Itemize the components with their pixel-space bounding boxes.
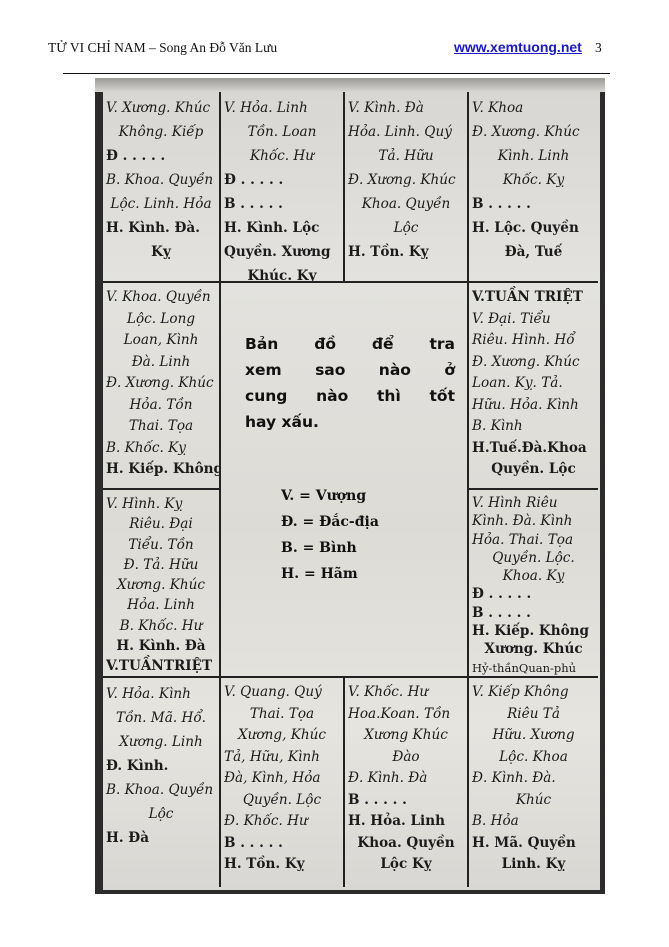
cell-line: Khốc. Hư: [224, 144, 340, 168]
website-link[interactable]: www.xemtuong.net: [454, 39, 582, 55]
cell-line: Kỵ: [106, 240, 216, 264]
cell-line: Đ. Tả. Hữu: [106, 555, 216, 575]
cell-line: Đ . . . . .: [472, 585, 595, 603]
abbreviation-legend: V. = Vượng Đ. = Đắc-địa B. = Bình H. = H…: [281, 483, 379, 587]
cell-line: Đà, Tuế: [472, 240, 595, 264]
heading-line: xem sao nào ở: [245, 357, 455, 383]
cell-line: V. Đại. Tiểu: [472, 309, 595, 331]
cell-line: Khúc. Kỵ: [224, 264, 340, 283]
cell-line: Đ . . . . .: [224, 168, 340, 192]
cell-line: Kình. Đà. Kình: [472, 512, 595, 530]
cell-line: V.TUẦN TRIỆT: [472, 287, 595, 309]
cell-line: Thai. Tọa: [224, 704, 340, 726]
cell-line: Đ. Xương. Khúc: [348, 168, 464, 192]
cell-line: Khúc: [472, 790, 595, 812]
cell-line: V. Hình Riêu: [472, 494, 595, 512]
cell-line: Hoa.Koan. Tồn: [348, 704, 464, 726]
cell-line: Quyền. Lộc.: [472, 549, 595, 567]
palace-cell-r4c2: V. Quang. Quý Thai. Tọa Xương, Khúc Tả, …: [221, 678, 345, 887]
cell-line: Hữu. Hỏa. Kình: [472, 395, 595, 417]
cell-line: Xương. Linh: [106, 730, 216, 754]
cell-line: Lộc Kỵ: [348, 854, 464, 876]
cell-line: Hỏa. Tồn: [106, 395, 216, 417]
cell-line: Quyền. Lộc: [224, 790, 340, 812]
cell-line: B. Khốc. Hư: [106, 616, 216, 636]
palace-cell-r1c1: V. Xương. Khúc Không. Kiếp Đ . . . . . B…: [103, 92, 221, 283]
cell-line: H.Tuế.Đà.Khoa: [472, 438, 595, 460]
cell-line: H. Kiếp. Không: [106, 459, 216, 481]
cell-line: Xương Khúc: [348, 725, 464, 747]
cell-line: V. Kình. Đà: [348, 96, 464, 120]
cell-line: Tả. Hữu: [348, 144, 464, 168]
cell-line: H. Kình. Đà.: [106, 216, 216, 240]
cell-line: Xương. Khúc: [106, 575, 216, 595]
cell-line: V. Hỏa. Kình: [106, 682, 216, 706]
cell-line: B. Khốc. Kỵ: [106, 438, 216, 460]
legend-item-ham: H. = Hãm: [281, 561, 379, 587]
heading-line: hay xấu.: [245, 409, 455, 435]
palace-cell-r4c1: V. Hỏa. Kình Tồn. Mã. Hổ. Xương. Linh Đ.…: [103, 678, 221, 887]
legend-item-vuong: V. = Vượng: [281, 483, 379, 509]
cell-line: H. Lộc. Quyền: [472, 216, 595, 240]
cell-line: Đ. Khốc. Hư: [224, 811, 340, 833]
cell-line: Quyền. Lộc: [472, 459, 595, 481]
cell-line: Tả, Hữu, Kình: [224, 747, 340, 769]
cell-line: V. Khốc. Hư: [348, 682, 464, 704]
cell-line: H. Kiếp. Không: [472, 622, 595, 640]
cell-line: Hỏa. Linh. Quý: [348, 120, 464, 144]
cell-line: Tồn. Mã. Hổ.: [106, 706, 216, 730]
cell-line: Riêu. Hình. Hổ: [472, 330, 595, 352]
cell-line: V.TUẦNTRIỆT: [106, 656, 216, 676]
cell-line: Xương. Khúc: [472, 640, 595, 658]
legend-item-binh: B. = Bình: [281, 535, 379, 561]
palace-cell-r1c4: V. Khoa Đ. Xương. Khúc Kình. Linh Khốc. …: [469, 92, 598, 283]
palace-cell-r4c3: V. Khốc. Hư Hoa.Koan. Tồn Xương Khúc Đào…: [345, 678, 469, 887]
cell-line: Lộc: [348, 216, 464, 240]
cell-line: B. Kình: [472, 416, 595, 438]
cell-line: Đ . . . . .: [106, 144, 216, 168]
cell-line: H. Tồn. Kỵ: [224, 854, 340, 876]
palace-cell-r3c1: V. Hình. Kỵ Riêu. Đại Tiểu. Tồn Đ. Tả. H…: [103, 490, 221, 678]
palace-cell-r1c3: V. Kình. Đà Hỏa. Linh. Quý Tả. Hữu Đ. Xư…: [345, 92, 469, 283]
cell-line: Hỏa. Thai. Tọa: [472, 531, 595, 549]
cell-line: Riêu Tả: [472, 704, 595, 726]
cell-line: Loan, Kình: [106, 330, 216, 352]
cell-line: V. Xương. Khúc: [106, 96, 216, 120]
heading-line: cung nào thì tốt: [245, 383, 455, 409]
cell-line: B. Khoa. Quyền: [106, 778, 216, 802]
cell-line: Hỷ-thầnQuan-phủ: [472, 659, 595, 677]
cell-line: V. Hình. Kỵ: [106, 494, 216, 514]
cell-line: Lộc: [106, 802, 216, 826]
cell-line: Kình. Linh: [472, 144, 595, 168]
cell-line: H. Mã. Quyền: [472, 833, 595, 855]
cell-line: Đà. Linh: [106, 352, 216, 374]
cell-line: H. Kình. Lộc: [224, 216, 340, 240]
cell-line: B . . . . .: [472, 192, 595, 216]
cell-line: Quyền. Xương: [224, 240, 340, 264]
cell-line: Tiểu. Tồn: [106, 535, 216, 555]
cell-line: V. Khoa. Quyền: [106, 287, 216, 309]
cell-line: V. Kiếp Không: [472, 682, 595, 704]
cell-line: Linh. Kỵ: [472, 854, 595, 876]
cell-line: Đ. Xương. Khúc: [472, 120, 595, 144]
chart-center-legend: Bản đồ để tra xem sao nào ở cung nào thì…: [221, 283, 469, 678]
palace-cell-r1c2: V. Hỏa. Linh Tồn. Loan Khốc. Hư Đ . . . …: [221, 92, 345, 283]
page-number: 3: [595, 40, 602, 56]
chart-heading: Bản đồ để tra xem sao nào ở cung nào thì…: [245, 331, 455, 435]
legend-item-dac-dia: Đ. = Đắc-địa: [281, 509, 379, 535]
cell-line: B . . . . .: [224, 833, 340, 855]
cell-line: Lộc. Linh. Hỏa: [106, 192, 216, 216]
cell-line: B . . . . .: [348, 790, 464, 812]
cell-line: V. Quang. Quý: [224, 682, 340, 704]
cell-line: Khốc. Kỵ: [472, 168, 595, 192]
cell-line: Đà, Kình, Hỏa: [224, 768, 340, 790]
palace-cell-r2c4: V.TUẦN TRIỆT V. Đại. Tiểu Riêu. Hình. Hổ…: [469, 283, 598, 490]
cell-line: H. Đà: [106, 826, 216, 850]
cell-line: Lộc. Long: [106, 309, 216, 331]
palace-cell-r2c1: V. Khoa. Quyền Lộc. Long Loan, Kình Đà. …: [103, 283, 221, 490]
cell-line: Đ. Xương. Khúc: [472, 352, 595, 374]
cell-line: Không. Kiếp: [106, 120, 216, 144]
cell-line: Riêu. Đại: [106, 514, 216, 534]
cell-line: Tồn. Loan: [224, 120, 340, 144]
cell-line: Đ. Kình. Đà: [348, 768, 464, 790]
cell-line: B . . . . .: [224, 192, 340, 216]
cell-line: Hữu. Xương: [472, 725, 595, 747]
header-divider: [63, 73, 610, 74]
cell-line: Khoa. Kỵ: [472, 567, 595, 585]
cell-line: B. Khoa. Quyền: [106, 168, 216, 192]
cell-line: V. Hỏa. Linh: [224, 96, 340, 120]
palace-cell-r4c4: V. Kiếp Không Riêu Tả Hữu. Xương Lộc. Kh…: [469, 678, 598, 887]
cell-line: Xương, Khúc: [224, 725, 340, 747]
cell-line: V. Khoa: [472, 96, 595, 120]
cell-line: H. Tồn. Kỵ: [348, 240, 464, 264]
cell-line: Lộc. Khoa: [472, 747, 595, 769]
cell-line: B. Hỏa: [472, 811, 595, 833]
cell-line: Thai. Tọa: [106, 416, 216, 438]
scan-edge-shadow: [95, 78, 605, 92]
cell-line: Khoa. Quyền: [348, 192, 464, 216]
cell-line: Đào: [348, 747, 464, 769]
palace-cell-r3c4: V. Hình Riêu Kình. Đà. Kình Hỏa. Thai. T…: [469, 490, 598, 678]
star-chart-grid: V. Xương. Khúc Không. Kiếp Đ . . . . . B…: [103, 92, 598, 887]
cell-line: Đ. Kình. Đà.: [472, 768, 595, 790]
cell-line: Loan. Kỵ. Tả.: [472, 373, 595, 395]
cell-line: B . . . . .: [472, 604, 595, 622]
cell-line: H. Hỏa. Linh: [348, 811, 464, 833]
cell-line: Đ. Xương. Khúc: [106, 373, 216, 395]
document-title: TỬ VI CHỈ NAM – Song An Đỗ Văn Lưu: [48, 40, 277, 56]
cell-line: Hỏa. Linh: [106, 595, 216, 615]
heading-line: Bản đồ để tra: [245, 331, 455, 357]
cell-line: H. Kình. Đà: [106, 636, 216, 656]
cell-line: Khoa. Quyền: [348, 833, 464, 855]
cell-line: Đ. Kình.: [106, 754, 216, 778]
